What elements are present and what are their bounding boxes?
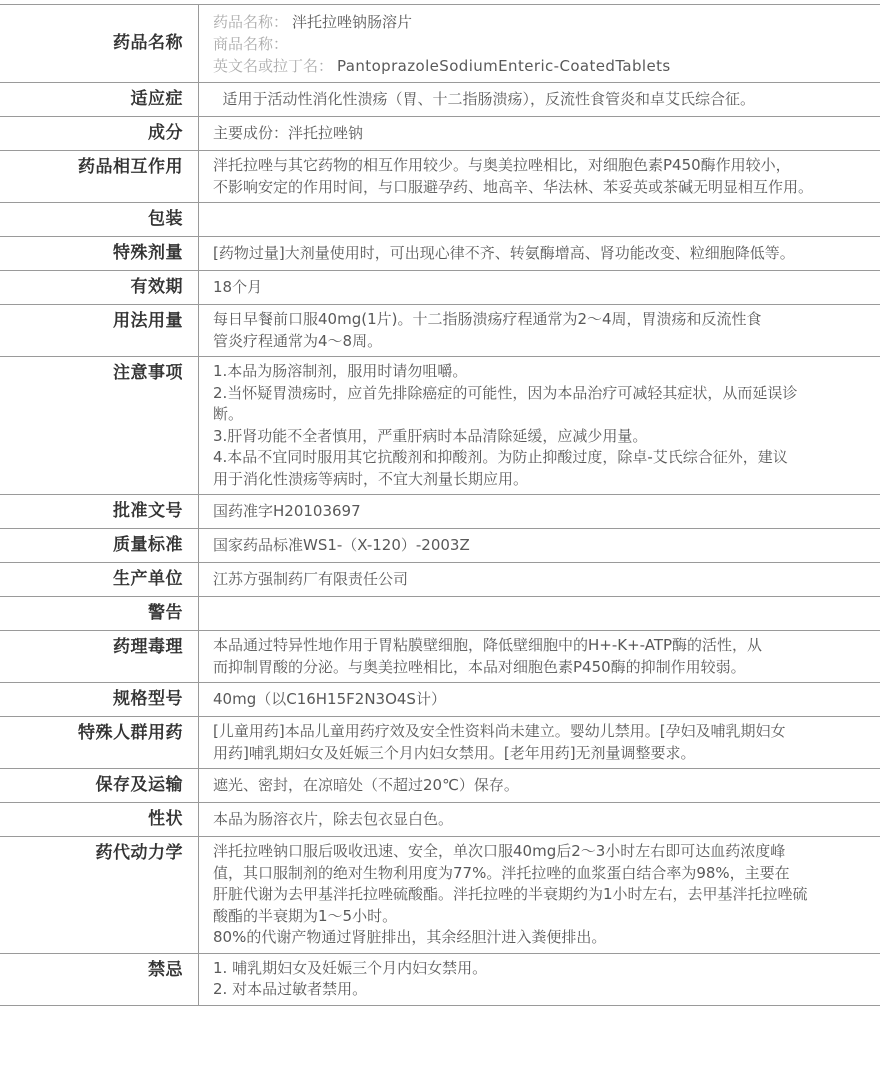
- row-label-cell: 规格型号: [0, 683, 199, 716]
- row-label: 特殊人群用药: [78, 723, 183, 744]
- table-row: 警告: [0, 597, 880, 631]
- content-line: 遮光、密封，在凉暗处（不超过20℃）保存。: [213, 775, 872, 797]
- row-label-cell: 药理毒理: [0, 631, 199, 682]
- content-line: 用于消化性溃疡等病时，不宜大剂量长期应用。: [213, 469, 872, 491]
- row-content-cell: 40mg（以C16H15F2N3O4S计）: [199, 683, 880, 716]
- row-label-cell: 注意事项: [0, 357, 199, 494]
- row-label-cell: 药代动力学: [0, 837, 199, 953]
- content-line: [儿童用药]本品儿童用药疗效及安全性资料尚未建立。婴幼儿禁用。[孕妇及哺乳期妇女: [213, 721, 872, 743]
- row-content-cell: 18个月: [199, 271, 880, 304]
- row-label: 药代动力学: [96, 843, 184, 864]
- row-label: 规格型号: [113, 689, 183, 710]
- field-key: 商品名称：: [213, 35, 288, 53]
- field-value: PantoprazoleSodiumEnteric-CoatedTablets: [337, 57, 671, 75]
- row-content-cell: 国药准字H20103697: [199, 495, 880, 528]
- row-label: 批准文号: [113, 501, 183, 522]
- content-line: 本品为肠溶衣片，除去包衣显白色。: [213, 809, 872, 831]
- content-line: 主要成份：泮托拉唑钠: [213, 123, 872, 145]
- row-content-cell: 本品通过特异性地作用于胃粘膜壁细胞，降低壁细胞中的H+-K+-ATP酶的活性，从…: [199, 631, 880, 682]
- row-label: 生产单位: [113, 569, 183, 590]
- content-line: 3.肝肾功能不全者慎用，严重肝病时本品清除延缓，应减少用量。: [213, 426, 872, 448]
- row-label: 包装: [148, 209, 183, 230]
- content-line: 每日早餐前口服40mg(1片)。十二指肠溃疡疗程通常为2～4周，胃溃疡和反流性食: [213, 309, 872, 331]
- table-row: 药代动力学泮托拉唑钠口服后吸收迅速、安全，单次口服40mg后2～3小时左右即可达…: [0, 837, 880, 954]
- content-line: 4.本品不宜同时服用其它抗酸剂和抑酸剂。为防止抑酸过度，除卓-艾氏综合征外，建议: [213, 447, 872, 469]
- table-row: 有效期18个月: [0, 271, 880, 305]
- content-line: 断。: [213, 404, 872, 426]
- row-label-cell: 药品相互作用: [0, 151, 199, 202]
- row-content-cell: 1. 哺乳期妇女及妊娠三个月内妇女禁用。2. 对本品过敏者禁用。: [199, 954, 880, 1005]
- row-label-cell: 批准文号: [0, 495, 199, 528]
- row-content-cell: [199, 203, 880, 236]
- row-content-cell: 泮托拉唑与其它药物的相互作用较少。与奥美拉唑相比，对细胞色素P450酶作用较小，…: [199, 151, 880, 202]
- row-label-cell: 生产单位: [0, 563, 199, 596]
- row-content-cell: [儿童用药]本品儿童用药疗效及安全性资料尚未建立。婴幼儿禁用。[孕妇及哺乳期妇女…: [199, 717, 880, 768]
- content-line: [药物过量]大剂量使用时，可出现心律不齐、转氨酶增高、肾功能改变、粒细胞降低等。: [213, 243, 872, 265]
- row-label: 特殊剂量: [113, 243, 183, 264]
- field-value: 泮托拉唑钠肠溶片: [292, 13, 412, 31]
- content-line: 不影响安定的作用时间，与口服避孕药、地高辛、华法林、苯妥英或茶碱无明显相互作用。: [213, 177, 872, 199]
- row-label-cell: 成分: [0, 117, 199, 150]
- row-label-cell: 特殊剂量: [0, 237, 199, 270]
- row-label-cell: 适应症: [0, 83, 199, 116]
- table-row: 用法用量每日早餐前口服40mg(1片)。十二指肠溃疡疗程通常为2～4周，胃溃疡和…: [0, 305, 880, 357]
- content-line: 本品通过特异性地作用于胃粘膜壁细胞，降低壁细胞中的H+-K+-ATP酶的活性，从: [213, 635, 872, 657]
- content-line: 值，其口服制剂的绝对生物利用度为77%。泮托拉唑的血浆蛋白结合率为98%，主要在: [213, 863, 872, 885]
- content-line: 肝脏代谢为去甲基泮托拉唑硫酸酯。泮托拉唑的半衰期约为1小时左右，去甲基泮托拉唑硫: [213, 884, 872, 906]
- row-label: 药品相互作用: [78, 157, 183, 178]
- content-line: 2.当怀疑胃溃疡时，应首先排除癌症的可能性，因为本品治疗可减轻其症状，从而延误诊: [213, 383, 872, 405]
- table-row: 特殊人群用药[儿童用药]本品儿童用药疗效及安全性资料尚未建立。婴幼儿禁用。[孕妇…: [0, 717, 880, 769]
- content-line: 酸酯的半衰期为1～5小时。: [213, 906, 872, 928]
- table-row: 禁忌1. 哺乳期妇女及妊娠三个月内妇女禁用。2. 对本品过敏者禁用。: [0, 954, 880, 1006]
- table-row: 特殊剂量[药物过量]大剂量使用时，可出现心律不齐、转氨酶增高、肾功能改变、粒细胞…: [0, 237, 880, 271]
- row-label-cell: 质量标准: [0, 529, 199, 562]
- content-line: 国家药品标准WS1-（X-120）-2003Z: [213, 535, 872, 557]
- row-label-cell: 保存及运输: [0, 769, 199, 802]
- drug-info-table: 药品名称药品名称：泮托拉唑钠肠溶片商品名称：英文名或拉丁名：Pantoprazo…: [0, 4, 880, 1006]
- row-content-cell: 药品名称：泮托拉唑钠肠溶片商品名称：英文名或拉丁名：PantoprazoleSo…: [199, 5, 880, 82]
- row-label: 质量标准: [113, 535, 183, 556]
- content-line: 江苏方强制药厂有限责任公司: [213, 569, 872, 591]
- row-label-cell: 性状: [0, 803, 199, 836]
- table-row: 适应症 适用于活动性消化性溃疡（胃、十二指肠溃疡），反流性食管炎和卓艾氏综合征。: [0, 83, 880, 117]
- content-line: 国药准字H20103697: [213, 501, 872, 523]
- row-label-cell: 有效期: [0, 271, 199, 304]
- row-label-cell: 用法用量: [0, 305, 199, 356]
- row-content-cell: 国家药品标准WS1-（X-120）-2003Z: [199, 529, 880, 562]
- row-label: 适应症: [131, 89, 184, 110]
- row-label: 药理毒理: [113, 637, 183, 658]
- row-content-cell: 泮托拉唑钠口服后吸收迅速、安全，单次口服40mg后2～3小时左右即可达血药浓度峰…: [199, 837, 880, 953]
- table-row: 保存及运输遮光、密封，在凉暗处（不超过20℃）保存。: [0, 769, 880, 803]
- field-key: 药品名称：: [213, 13, 288, 31]
- table-row: 性状本品为肠溶衣片，除去包衣显白色。: [0, 803, 880, 837]
- content-line: 40mg（以C16H15F2N3O4S计）: [213, 689, 872, 711]
- row-content-cell: 主要成份：泮托拉唑钠: [199, 117, 880, 150]
- content-line: 适用于活动性消化性溃疡（胃、十二指肠溃疡），反流性食管炎和卓艾氏综合征。: [213, 89, 872, 111]
- content-line: 而抑制胃酸的分泌。与奥美拉唑相比，本品对细胞色素P450酶的抑制作用较弱。: [213, 657, 872, 679]
- row-label: 有效期: [131, 277, 184, 298]
- row-content-cell: [199, 597, 880, 630]
- table-row: 质量标准国家药品标准WS1-（X-120）-2003Z: [0, 529, 880, 563]
- table-row: 注意事项1.本品为肠溶制剂，服用时请勿咀嚼。2.当怀疑胃溃疡时，应首先排除癌症的…: [0, 357, 880, 495]
- table-row: 规格型号40mg（以C16H15F2N3O4S计）: [0, 683, 880, 717]
- content-line: 商品名称：: [213, 33, 872, 55]
- row-content-cell: [药物过量]大剂量使用时，可出现心律不齐、转氨酶增高、肾功能改变、粒细胞降低等。: [199, 237, 880, 270]
- drug-info-page: 药品名称药品名称：泮托拉唑钠肠溶片商品名称：英文名或拉丁名：Pantoprazo…: [0, 0, 880, 1070]
- content-line: 80%的代谢产物通过肾脏排出，其余经胆汁进入粪便排出。: [213, 927, 872, 949]
- row-content-cell: 江苏方强制药厂有限责任公司: [199, 563, 880, 596]
- field-key: 英文名或拉丁名：: [213, 57, 333, 75]
- row-label: 成分: [148, 123, 183, 144]
- table-row: 药品相互作用泮托拉唑与其它药物的相互作用较少。与奥美拉唑相比，对细胞色素P450…: [0, 151, 880, 203]
- table-row: 药理毒理本品通过特异性地作用于胃粘膜壁细胞，降低壁细胞中的H+-K+-ATP酶的…: [0, 631, 880, 683]
- content-line: 用药]哺乳期妇女及妊娠三个月内妇女禁用。[老年用药]无剂量调整要求。: [213, 743, 872, 765]
- content-line: 英文名或拉丁名：PantoprazoleSodiumEnteric-Coated…: [213, 55, 872, 77]
- content-line: 泮托拉唑钠口服后吸收迅速、安全，单次口服40mg后2～3小时左右即可达血药浓度峰: [213, 841, 872, 863]
- row-label-cell: 药品名称: [0, 5, 199, 82]
- content-line: 管炎疗程通常为4～8周。: [213, 331, 872, 353]
- table-row: 成分主要成份：泮托拉唑钠: [0, 117, 880, 151]
- table-row: 包装: [0, 203, 880, 237]
- row-label: 性状: [148, 809, 183, 830]
- row-label-cell: 包装: [0, 203, 199, 236]
- row-content-cell: 适用于活动性消化性溃疡（胃、十二指肠溃疡），反流性食管炎和卓艾氏综合征。: [199, 83, 880, 116]
- row-label: 注意事项: [113, 363, 183, 384]
- content-line: 泮托拉唑与其它药物的相互作用较少。与奥美拉唑相比，对细胞色素P450酶作用较小，: [213, 155, 872, 177]
- row-label: 禁忌: [148, 960, 183, 981]
- row-content-cell: 1.本品为肠溶制剂，服用时请勿咀嚼。2.当怀疑胃溃疡时，应首先排除癌症的可能性，…: [199, 357, 880, 494]
- row-label-cell: 特殊人群用药: [0, 717, 199, 768]
- row-label-cell: 禁忌: [0, 954, 199, 1005]
- content-line: 18个月: [213, 277, 872, 299]
- row-content-cell: 本品为肠溶衣片，除去包衣显白色。: [199, 803, 880, 836]
- table-row: 药品名称药品名称：泮托拉唑钠肠溶片商品名称：英文名或拉丁名：Pantoprazo…: [0, 5, 880, 83]
- row-label: 保存及运输: [96, 775, 184, 796]
- content-line: 2. 对本品过敏者禁用。: [213, 979, 872, 1001]
- row-label-cell: 警告: [0, 597, 199, 630]
- row-content-cell: 每日早餐前口服40mg(1片)。十二指肠溃疡疗程通常为2～4周，胃溃疡和反流性食…: [199, 305, 880, 356]
- content-line: 药品名称：泮托拉唑钠肠溶片: [213, 11, 872, 33]
- table-row: 批准文号国药准字H20103697: [0, 495, 880, 529]
- table-row: 生产单位江苏方强制药厂有限责任公司: [0, 563, 880, 597]
- row-label: 药品名称: [113, 33, 183, 54]
- row-label: 用法用量: [113, 311, 183, 332]
- content-line: 1.本品为肠溶制剂，服用时请勿咀嚼。: [213, 361, 872, 383]
- row-content-cell: 遮光、密封，在凉暗处（不超过20℃）保存。: [199, 769, 880, 802]
- row-label: 警告: [148, 603, 183, 624]
- content-line: 1. 哺乳期妇女及妊娠三个月内妇女禁用。: [213, 958, 872, 980]
